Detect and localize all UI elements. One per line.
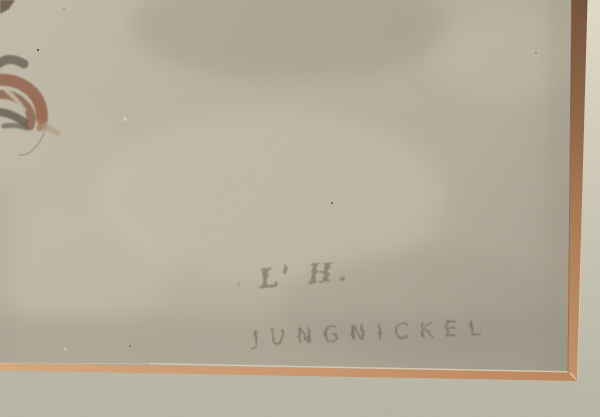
framed-artwork-photo: L' H. JUNGNICKEL [0,0,600,417]
photo-grain-overlay [0,0,600,417]
artwork-photo-canvas: L' H. JUNGNICKEL [0,0,600,417]
